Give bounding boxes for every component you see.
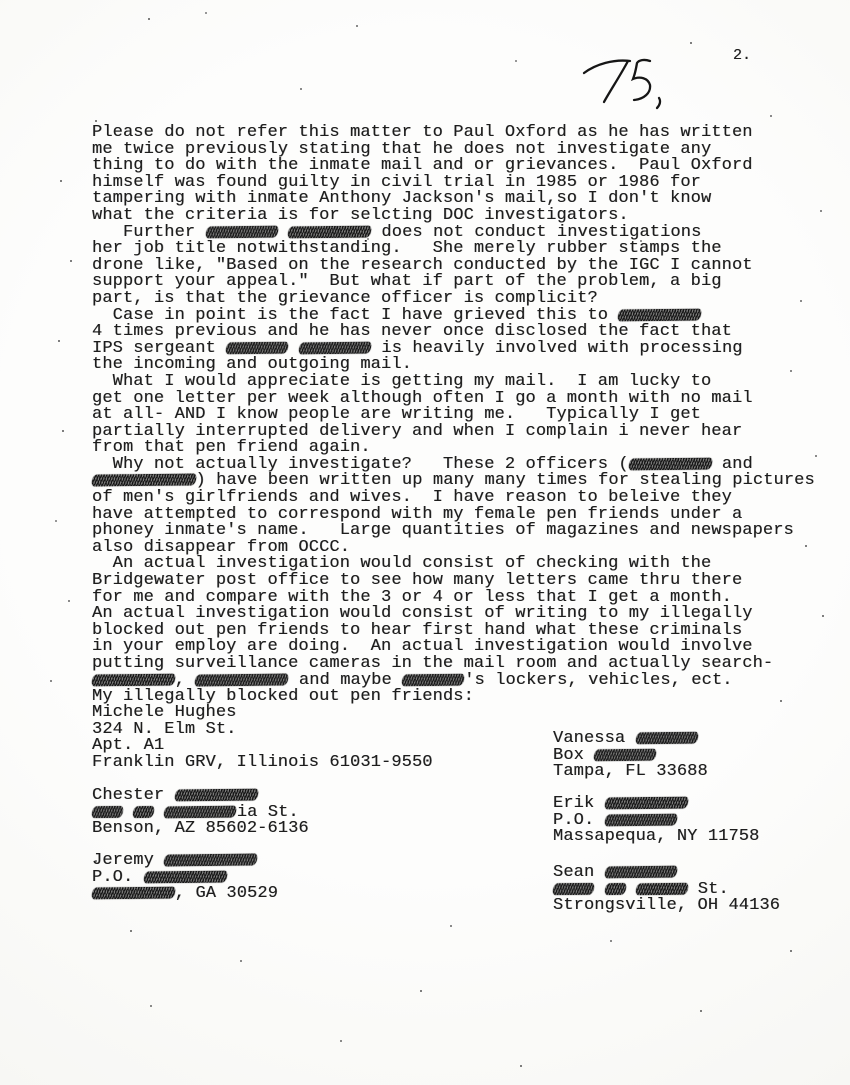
redaction-scribble bbox=[552, 882, 596, 894]
pen-friend-address-chester: Chester ia St.Benson, AZ 85602-6136 bbox=[92, 788, 309, 838]
redaction-scribble bbox=[91, 805, 125, 817]
redaction-scribble bbox=[287, 225, 372, 238]
text-line: Benson, AZ 85602-6136 bbox=[92, 821, 309, 838]
text-line: Franklin GRV, Illinois 61031-9550 bbox=[92, 755, 433, 772]
redaction-scribble bbox=[634, 882, 688, 895]
text-line: , GA 30529 bbox=[92, 886, 278, 903]
redaction-scribble bbox=[91, 474, 197, 487]
redaction-scribble bbox=[593, 748, 658, 761]
redaction-scribble bbox=[627, 457, 712, 470]
redaction-scribble bbox=[603, 866, 678, 879]
redaction-scribble bbox=[91, 887, 176, 900]
pen-friend-address-michele: Michele Hughes324 N. Elm St.Apt. A1Frank… bbox=[92, 705, 433, 771]
redaction-scribble bbox=[173, 789, 258, 802]
redaction-scribble bbox=[225, 341, 290, 354]
redaction-scribble bbox=[194, 673, 290, 686]
redaction-scribble bbox=[91, 673, 176, 686]
redaction-scribble bbox=[142, 870, 227, 883]
pen-friend-address-jeremy: Jeremy P.O. , GA 30529 bbox=[92, 853, 278, 903]
page-number: 2. bbox=[733, 47, 751, 64]
redaction-scribble bbox=[634, 732, 699, 745]
redaction-scribble bbox=[297, 341, 372, 354]
pen-friend-address-sean: Sean St.Strongsville, OH 44136 bbox=[553, 865, 780, 915]
redaction-scribble bbox=[603, 797, 688, 810]
redaction-scribble bbox=[163, 805, 238, 818]
text-line: Massapequa, NY 11758 bbox=[553, 829, 759, 846]
text-line: Strongsville, OH 44136 bbox=[553, 898, 780, 915]
redaction-scribble bbox=[204, 225, 279, 238]
pen-friend-address-vanessa: Vanessa Box Tampa, FL 33688 bbox=[553, 731, 708, 781]
letter-body: Please do not refer this matter to Paul … bbox=[92, 125, 815, 706]
handwritten-annotation bbox=[578, 46, 678, 110]
scan-noise bbox=[0, 0, 2, 2]
redaction-scribble bbox=[401, 673, 466, 686]
pen-friend-address-erik: Erik P.O. Massapequa, NY 11758 bbox=[553, 796, 759, 846]
redaction-scribble bbox=[132, 805, 155, 817]
text-line: What I would appreciate is getting my ma… bbox=[92, 374, 815, 391]
redaction-scribble bbox=[603, 813, 678, 826]
redaction-scribble bbox=[163, 854, 259, 867]
scanned-letter-page: 2. Please do not refer this matter to Pa… bbox=[0, 0, 850, 1085]
text-line: Tampa, FL 33688 bbox=[553, 764, 708, 781]
redaction-scribble bbox=[603, 882, 626, 894]
text-line: Sean bbox=[553, 865, 780, 882]
redaction-scribble bbox=[617, 308, 702, 321]
handwriting-75-icon bbox=[578, 46, 678, 110]
